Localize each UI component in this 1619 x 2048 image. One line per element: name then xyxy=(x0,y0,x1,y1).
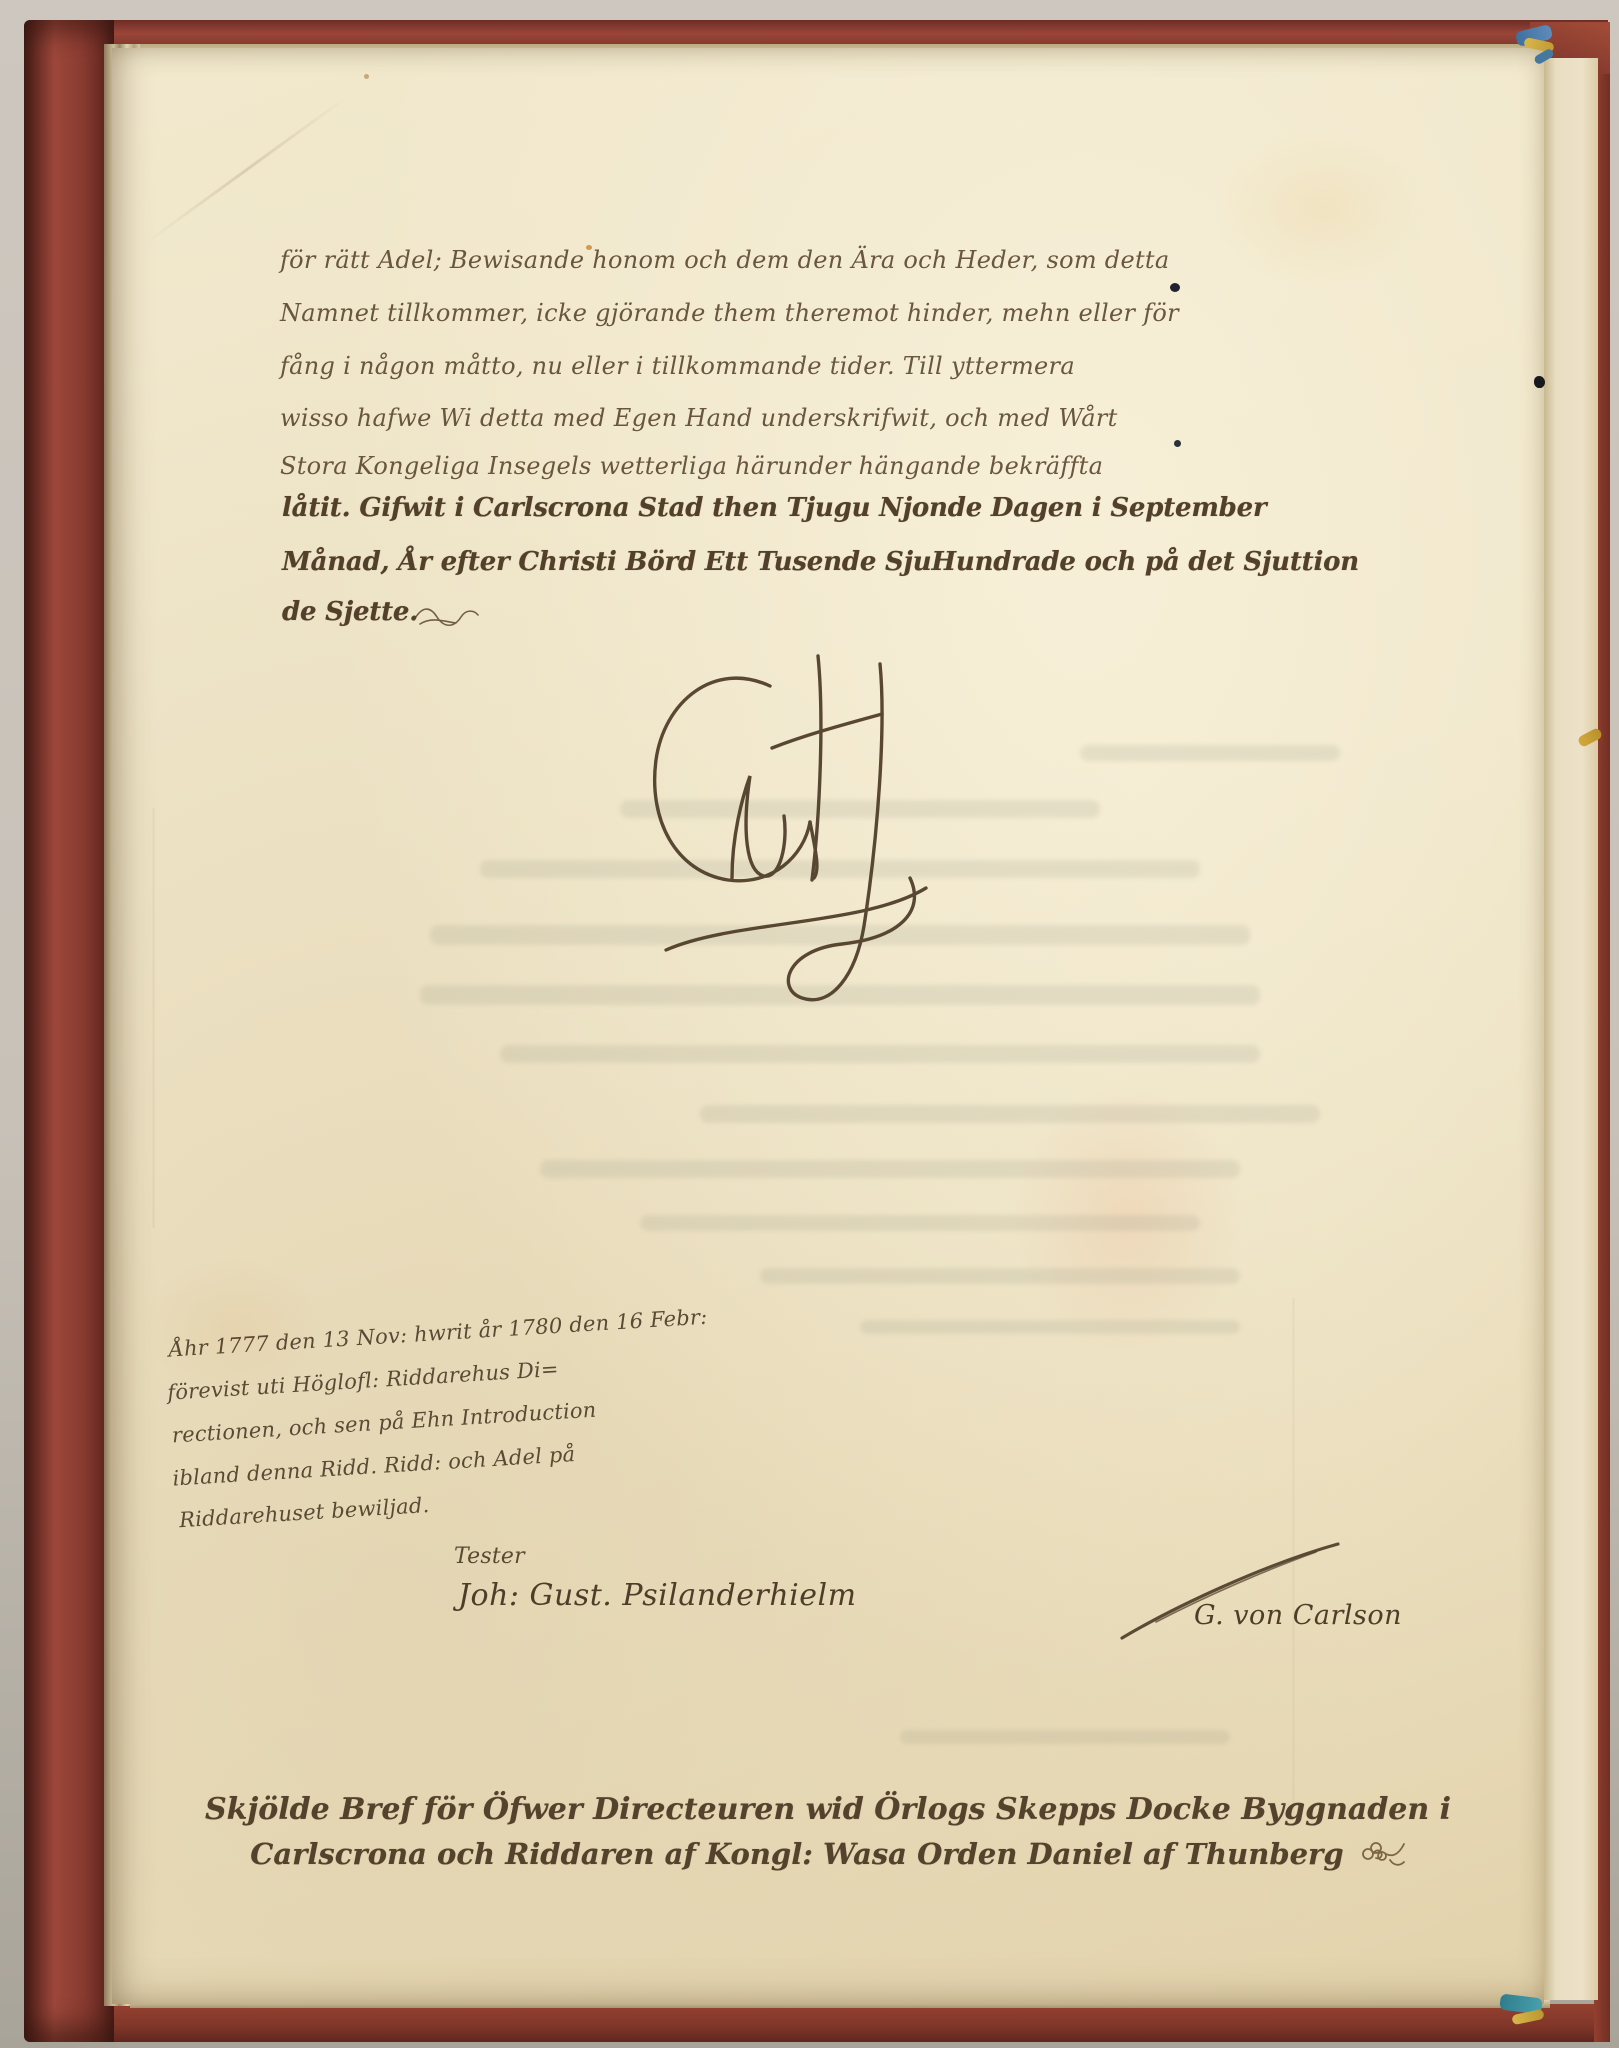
bleedthrough-smudge xyxy=(700,1105,1320,1123)
bleedthrough-smudge xyxy=(640,1215,1200,1231)
bleedthrough-smudge xyxy=(900,1730,1230,1744)
ink-speck xyxy=(1534,376,1545,388)
docket-line: Carlscrona och Riddaren af Kongl: Wasa O… xyxy=(112,1837,1544,1872)
photo-backdrop: { "document_kind": "handwritten patent o… xyxy=(0,0,1619,2048)
bleedthrough-smudge xyxy=(500,1045,1260,1063)
book-cover-bottom-edge xyxy=(30,2004,1608,2042)
docket-line: Skjölde Bref för Öfwer Directeuren wid Ö… xyxy=(112,1792,1544,1827)
parchment-crease xyxy=(152,808,155,1228)
rose-flourish-icon xyxy=(1354,1838,1406,1872)
parchment-crease xyxy=(145,95,349,244)
docket-block: Skjölde Bref för Öfwer Directeuren wid Ö… xyxy=(112,1792,1544,1872)
body-text-line: för rätt Adel; Bewisande honom och dem d… xyxy=(280,246,1169,274)
body-text-line-calligraphic: låtit. Gifwit i Carlscrona Stad then Tju… xyxy=(282,493,1267,523)
dirt-speck xyxy=(586,245,592,250)
attest-signature: Joh: Gust. Psilanderhielm xyxy=(458,1578,857,1613)
ink-speck xyxy=(1174,440,1181,447)
attest-label: Tester xyxy=(454,1544,525,1569)
pen-flourish-icon xyxy=(412,604,482,630)
warm-stain xyxy=(1212,128,1432,288)
bleedthrough-smudge xyxy=(540,1160,1240,1178)
body-text-line-calligraphic: Månad, År efter Christi Börd Ett Tusende… xyxy=(282,547,1359,577)
note-line: Riddarehuset bewiljad. xyxy=(178,1493,430,1532)
bleedthrough-smudge xyxy=(760,1268,1240,1284)
book-cover-left-edge xyxy=(24,20,114,2042)
royal-signature-gustaf xyxy=(574,620,954,1040)
dirt-speck xyxy=(364,74,369,79)
body-text-line: fång i någon måtto, nu eller i tillkomma… xyxy=(280,352,1075,380)
manuscript-page: för rätt Adel; Bewisande honom och dem d… xyxy=(112,48,1544,2004)
docket-line-text: Carlscrona och Riddaren af Kongl: Wasa O… xyxy=(250,1837,1343,1871)
body-text-line: Namnet tillkommer, icke gjörande them th… xyxy=(280,299,1179,327)
note-line: rectionen, och sen på Ehn Introduction xyxy=(171,1398,597,1448)
ink-speck xyxy=(1170,283,1180,292)
bleedthrough-smudge xyxy=(1080,745,1340,761)
bleedthrough-smudge xyxy=(860,1320,1240,1334)
body-text-line: Stora Kongeliga Insegels wetterliga häru… xyxy=(280,452,1103,480)
secretary-signature: G. von Carlson xyxy=(1194,1600,1402,1631)
note-line: ibland denna Ridd. Ridd: och Adel på xyxy=(172,1442,576,1491)
underlying-page-edge xyxy=(1544,58,1598,2000)
body-text-line-calligraphic: de Sjette. xyxy=(282,597,418,627)
body-text-line: wisso hafwe Wi detta med Egen Hand under… xyxy=(280,404,1118,432)
